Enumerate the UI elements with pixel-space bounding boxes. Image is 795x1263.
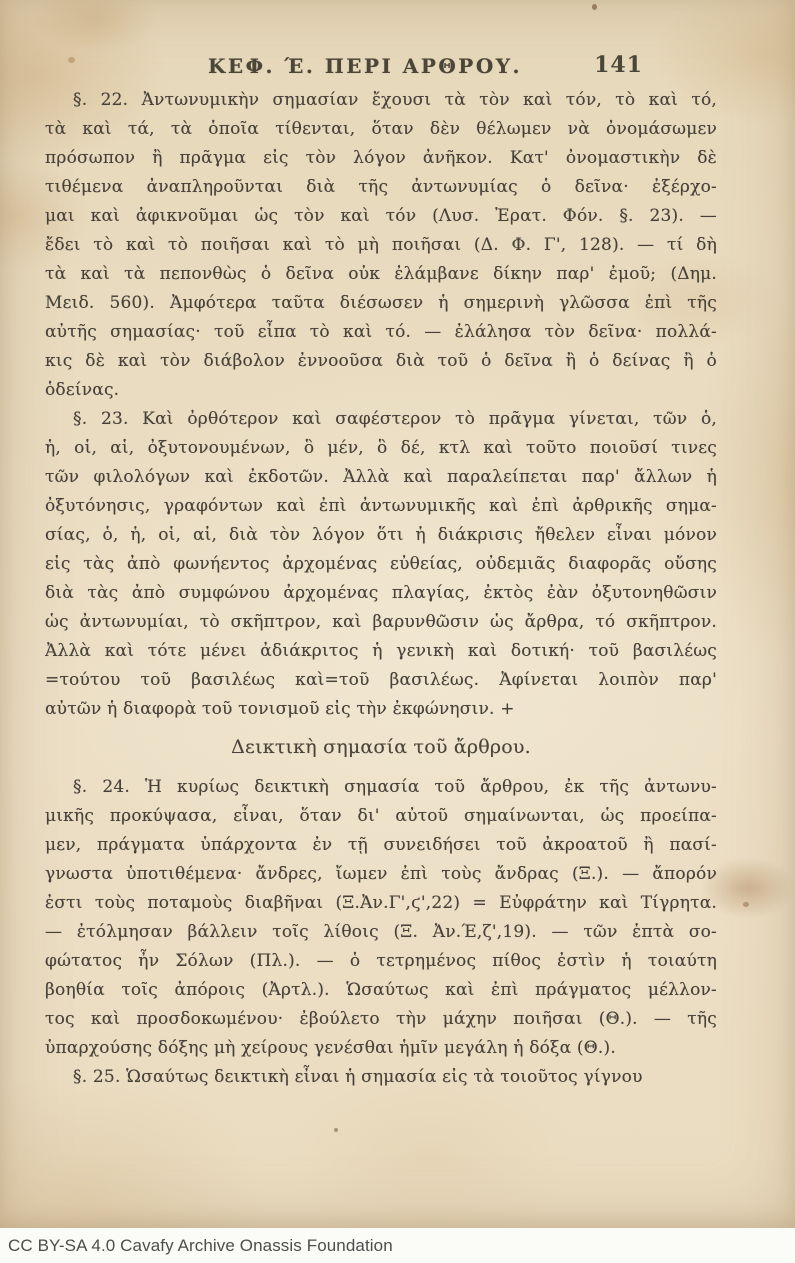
paragraph: §. 23. Καὶ ὀρθότερον καὶ σαφέστερον τὸ π…	[45, 405, 717, 724]
text-line: αὐτῆς σημασίας· τοῦ εἶπα τὸ καὶ τό. — ἐλ…	[45, 318, 717, 347]
text-line: εἰς τὰς ἀπὸ φωνήεντος ἀρχομένας εὐθείας,…	[45, 550, 717, 579]
text-line: διὰ τὰς ἀπὸ συμφώνου ἀρχομένας πλαγίας, …	[45, 579, 717, 608]
text-line: κις δὲ καὶ τὸν διάβολον ἐννοοῦσα διὰ τοῦ…	[45, 347, 717, 376]
text-line: γνωστα ὑποτιθέμενα· ἄνδρες, ἴωμεν ἐπὶ το…	[45, 860, 717, 889]
text-line: τῶν φιλολόγων καὶ ἐκδοτῶν. Ἀλλὰ καὶ παρα…	[45, 463, 717, 492]
text-line: φώτατος ἦν Σόλων (Πλ.). — ὁ τετρημένος π…	[45, 947, 717, 976]
license-text: CC BY-SA 4.0 Cavafy Archive Onassis Foun…	[8, 1236, 393, 1256]
text-line: =τούτου τοῦ βασιλέως καὶ=τοῦ βασιλέως. Ἀ…	[45, 666, 717, 695]
text-line: βοηθία τοῖς ἀπόροις (Ἀρτλ.). Ὡσαύτως καὶ…	[45, 976, 717, 1005]
text-line: ὁδείνας.	[45, 376, 717, 405]
text-line: §. 25. Ὡσαύτως δεικτικὴ εἶναι ἡ σημασία …	[45, 1063, 717, 1092]
text-body: §. 22. Ἀντωνυμικὴν σημασίαν ἔχουσι τὰ τὸ…	[45, 86, 717, 1092]
text-line: τος καὶ προσδοκωμένου· ἐβούλετο τὴν μάχη…	[45, 1005, 717, 1034]
paragraph: §. 22. Ἀντωνυμικὴν σημασίαν ἔχουσι τὰ τὸ…	[45, 86, 717, 405]
text-line: τὰ καὶ τὰ πεπονθὼς ὁ δεῖνα οὐκ ἐλάμβανε …	[45, 260, 717, 289]
paper-speck	[334, 1128, 338, 1132]
text-line: τιθέμενα ἀναπληροῦνται διὰ τῆς ἀντωνυμία…	[45, 173, 717, 202]
text-line: μεν, πράγματα ὑπάρχοντα ἐν τῇ συνειδήσει…	[45, 831, 717, 860]
section-heading: Δεικτικὴ σημασία τοῦ ἄρθρου.	[45, 733, 717, 762]
paragraph: §. 25. Ὡσαύτως δεικτικὴ εἶναι ἡ σημασία …	[45, 1063, 717, 1092]
text-line: — ἐτόλμησαν βάλλειν τοῖς λίθοις (Ξ. Ἀν.Έ…	[45, 918, 717, 947]
page-number: 141	[594, 52, 643, 78]
paragraph: §. 24. Ἡ κυρίως δεικτικὴ σημασία τοῦ ἄρθ…	[45, 773, 717, 1063]
text-line: σίας, ὁ, ἡ, οἱ, αἱ, διὰ τὸν λόγον ὅτι ἡ …	[45, 521, 717, 550]
text-line: πρόσωπον ἢ πρᾶγμα εἰς τὸν λόγον ἀνῆκον. …	[45, 144, 717, 173]
text-line: αὐτῶν ἡ διαφορὰ τοῦ τονισμοῦ εἰς τὴν ἐκφ…	[45, 695, 717, 724]
text-line: ὀξυτόνησις, γραφόντων καὶ ἐπὶ ἀντωνυμικῆ…	[45, 492, 717, 521]
license-bar: CC BY-SA 4.0 Cavafy Archive Onassis Foun…	[0, 1228, 795, 1263]
text-line: §. 24. Ἡ κυρίως δεικτικὴ σημασία τοῦ ἄρθ…	[45, 773, 717, 802]
text-line: μαι καὶ ἀφικνοῦμαι ὡς τὸν καὶ τόν (Λυσ. …	[45, 202, 717, 231]
foxing-stain	[743, 902, 749, 907]
text-line: Ἀλλὰ καὶ τότε μένει ἀδιάκριτος ἡ γενικὴ …	[45, 637, 717, 666]
scanned-page: ΚΕΦ. Έ. ΠΕΡΙ ΑΡΘΡΟΥ. 141 §. 22. Ἀντωνυμι…	[0, 0, 795, 1228]
text-line: ἡ, οἱ, αἱ, ὀξυτονουμένων, ὃ μέν, ὃ δέ, κ…	[45, 434, 717, 463]
text-line: Μειδ. 560). Ἀμφότερα ταῦτα διέσωσεν ἡ ση…	[45, 289, 717, 318]
page-header: ΚΕΦ. Έ. ΠΕΡΙ ΑΡΘΡΟΥ. 141	[0, 54, 795, 80]
text-line: ὑπαρχούσης δόξης μὴ χείρους γενέσθαι ἡμῖ…	[45, 1034, 717, 1063]
paper-speck	[592, 4, 597, 10]
text-line: §. 23. Καὶ ὀρθότερον καὶ σαφέστερον τὸ π…	[45, 405, 717, 434]
text-line: μικῆς προκύψασα, εἶναι, ὅταν δι' αὐτοῦ σ…	[45, 802, 717, 831]
text-line: τὰ καὶ τά, τὰ ὁποῖα τίθενται, ὅταν δὲν θ…	[45, 115, 717, 144]
text-line: ἐστι τοὺς ποταμοὺς διαβῆναι (Ξ.Ἀν.Γ',ϛ',…	[45, 889, 717, 918]
text-line: ἔδει τὸ καὶ τὸ ποιῆσαι καὶ τὸ μὴ ποιῆσαι…	[45, 231, 717, 260]
text-line: ὡς ἀντωνυμίαι, τὸ σκῆπτρον, καὶ βαρυνθῶσ…	[45, 608, 717, 637]
text-line: §. 22. Ἀντωνυμικὴν σημασίαν ἔχουσι τὰ τὸ…	[45, 86, 717, 115]
